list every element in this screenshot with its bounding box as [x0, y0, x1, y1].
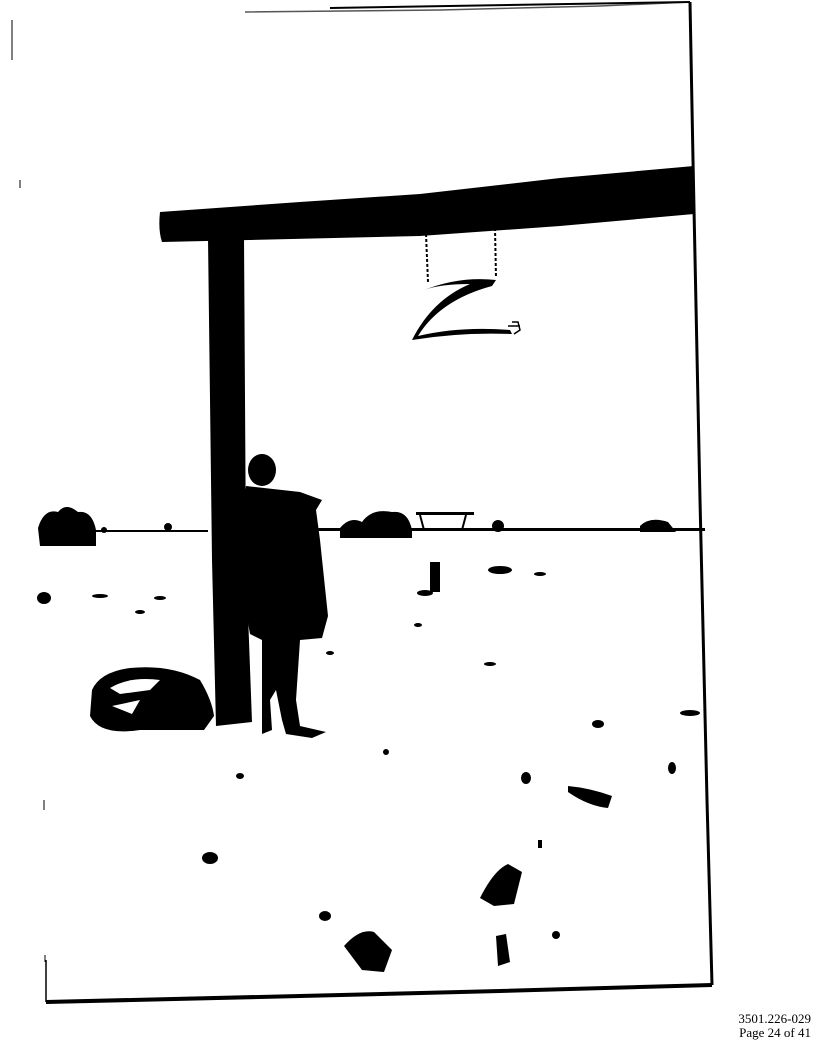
snow-debris — [37, 566, 700, 972]
rock — [90, 667, 214, 731]
page-number: Page 24 of 41 — [691, 1026, 811, 1040]
sign-chains — [426, 228, 496, 282]
crossbeam — [159, 166, 694, 242]
photo-border — [12, 2, 712, 1002]
z-sign-icon — [412, 279, 520, 340]
wooden-post — [208, 236, 252, 726]
stump — [430, 562, 440, 592]
horizon-shrubs — [38, 507, 705, 546]
page-footer: 3501.226-029 Page 24 of 41 — [691, 1012, 816, 1040]
document-id: 3501.226-029 — [691, 1012, 811, 1026]
scanned-photograph — [0, 0, 816, 1010]
person-silhouette — [244, 454, 328, 738]
